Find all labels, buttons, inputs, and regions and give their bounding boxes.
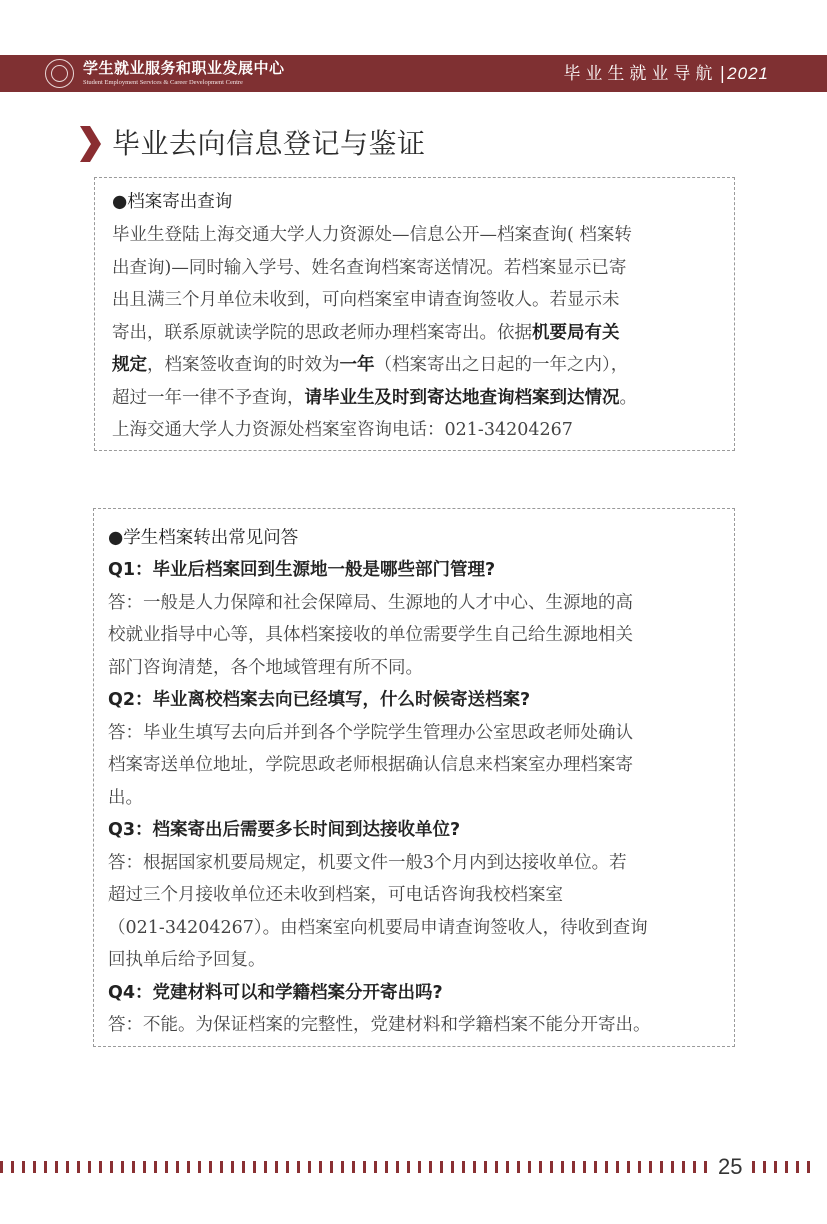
body-text: 出查询)—同时输入学号、姓名查询档案寄送情况。若档案显示已寄 [112,258,626,278]
guide-title-text: 毕业生就业导航 [563,64,717,84]
title-separator: | [719,64,725,84]
body-text: （档案寄出之日起的一年之内）， [375,355,629,375]
faq-answer-line: 答：不能。为保证档案的完整性，党建材料和学籍档案不能分开寄出。 [108,1009,651,1042]
box1-heading: ●档案寄出查询 [112,186,232,219]
emphasis-text: 一年 [340,355,375,375]
faq-answer-line: 部门咨询清楚，各个地域管理有所不同。 [108,652,423,685]
guide-title: 毕业生就业导航|2021 [563,63,769,85]
faq-answer-line: 答：根据国家机要局规定，机要文件一般3个月内到达接收单位。若 [108,847,627,880]
box1-line: 出且满三个月单位未收到，可向档案室申请查询签收人。若显示未 [112,284,620,317]
university-seal-icon [45,59,74,88]
body-text: 。 [620,388,638,408]
box1-line: 规定，档案签收查询的时效为一年（档案寄出之日起的一年之内）， [112,349,628,382]
emphasis-text: 规定 [112,355,147,375]
body-text: 寄出，联系原就读学院的思政老师办理档案寄出。依据 [112,323,532,343]
faq-answer-line: 回执单后给予回复。 [108,944,266,977]
faq-answer-line: 出。 [108,782,143,815]
faq-answer-line: 校就业指导中心等，具体档案接收的单位需要学生自己给生源地相关 [108,619,633,652]
box2-heading: ●学生档案转出常见问答 [108,522,298,555]
box1-line: 上海交通大学人力资源处档案室咨询电话：021-34204267 [112,414,573,447]
guide-year: 2021 [727,64,769,83]
box1-line: 超过一年一律不予查询，请毕业生及时到寄达地查询档案到达情况。 [112,382,637,415]
box1-line: 出查询)—同时输入学号、姓名查询档案寄送情况。若档案显示已寄 [112,252,626,285]
faq-question: Q2：毕业离校档案去向已经填写，什么时候寄送档案? [108,684,530,717]
faq-question: Q3：档案寄出后需要多长时间到达接收单位? [108,814,460,847]
section-title: 毕业去向信息登记与鉴证 [78,124,426,164]
box1-line: 寄出，联系原就读学院的思政老师办理档案寄出。依据机要局有关 [112,317,620,350]
emphasis-text: 机要局有关 [532,323,620,343]
chevron-right-icon [78,124,102,164]
faq-question: Q1：毕业后档案回到生源地一般是哪些部门管理? [108,554,495,587]
emphasis-text: 请毕业生及时到寄达地查询档案到达情况 [305,388,620,408]
faq-answer-line: 答：毕业生填写去向后并到各个学院学生管理办公室思政老师处确认 [108,717,633,750]
body-text: 超过一年一律不予查询， [112,388,305,408]
faq-answer-line: （021-34204267）。由档案室向机要局申请查询签收人，待收到查询 [108,912,648,945]
org-name-cn: 学生就业服务和职业发展中心 [83,60,285,77]
footer-tick-rule [0,1161,710,1173]
body-text: 上海交通大学人力资源处档案室咨询电话：021-34204267 [112,420,573,440]
footer-tick-rule-right [752,1161,812,1173]
body-text: 出且满三个月单位未收到，可向档案室申请查询签收人。若显示未 [112,290,620,310]
body-text: 毕业生登陆上海交通大学人力资源处—信息公开—档案查询( 档案转 [112,225,632,245]
faq-answer-line: 答：一般是人力保障和社会保障局、生源地的人才中心、生源地的高 [108,587,633,620]
box1-line: 毕业生登陆上海交通大学人力资源处—信息公开—档案查询( 档案转 [112,219,632,252]
org-name-en: Student Employment Services & Career Dev… [83,79,243,87]
faq-question: Q4：党建材料可以和学籍档案分开寄出吗? [108,977,443,1010]
section-title-text: 毕业去向信息登记与鉴证 [112,124,426,164]
page-number: 25 [718,1154,742,1180]
body-text: ，档案签收查询的时效为 [147,355,340,375]
faq-answer-line: 超过三个月接收单位还未收到档案，可电话咨询我校档案室 [108,879,563,912]
faq-answer-line: 档案寄送单位地址，学院思政老师根据确认信息来档案室办理档案寄 [108,749,633,782]
